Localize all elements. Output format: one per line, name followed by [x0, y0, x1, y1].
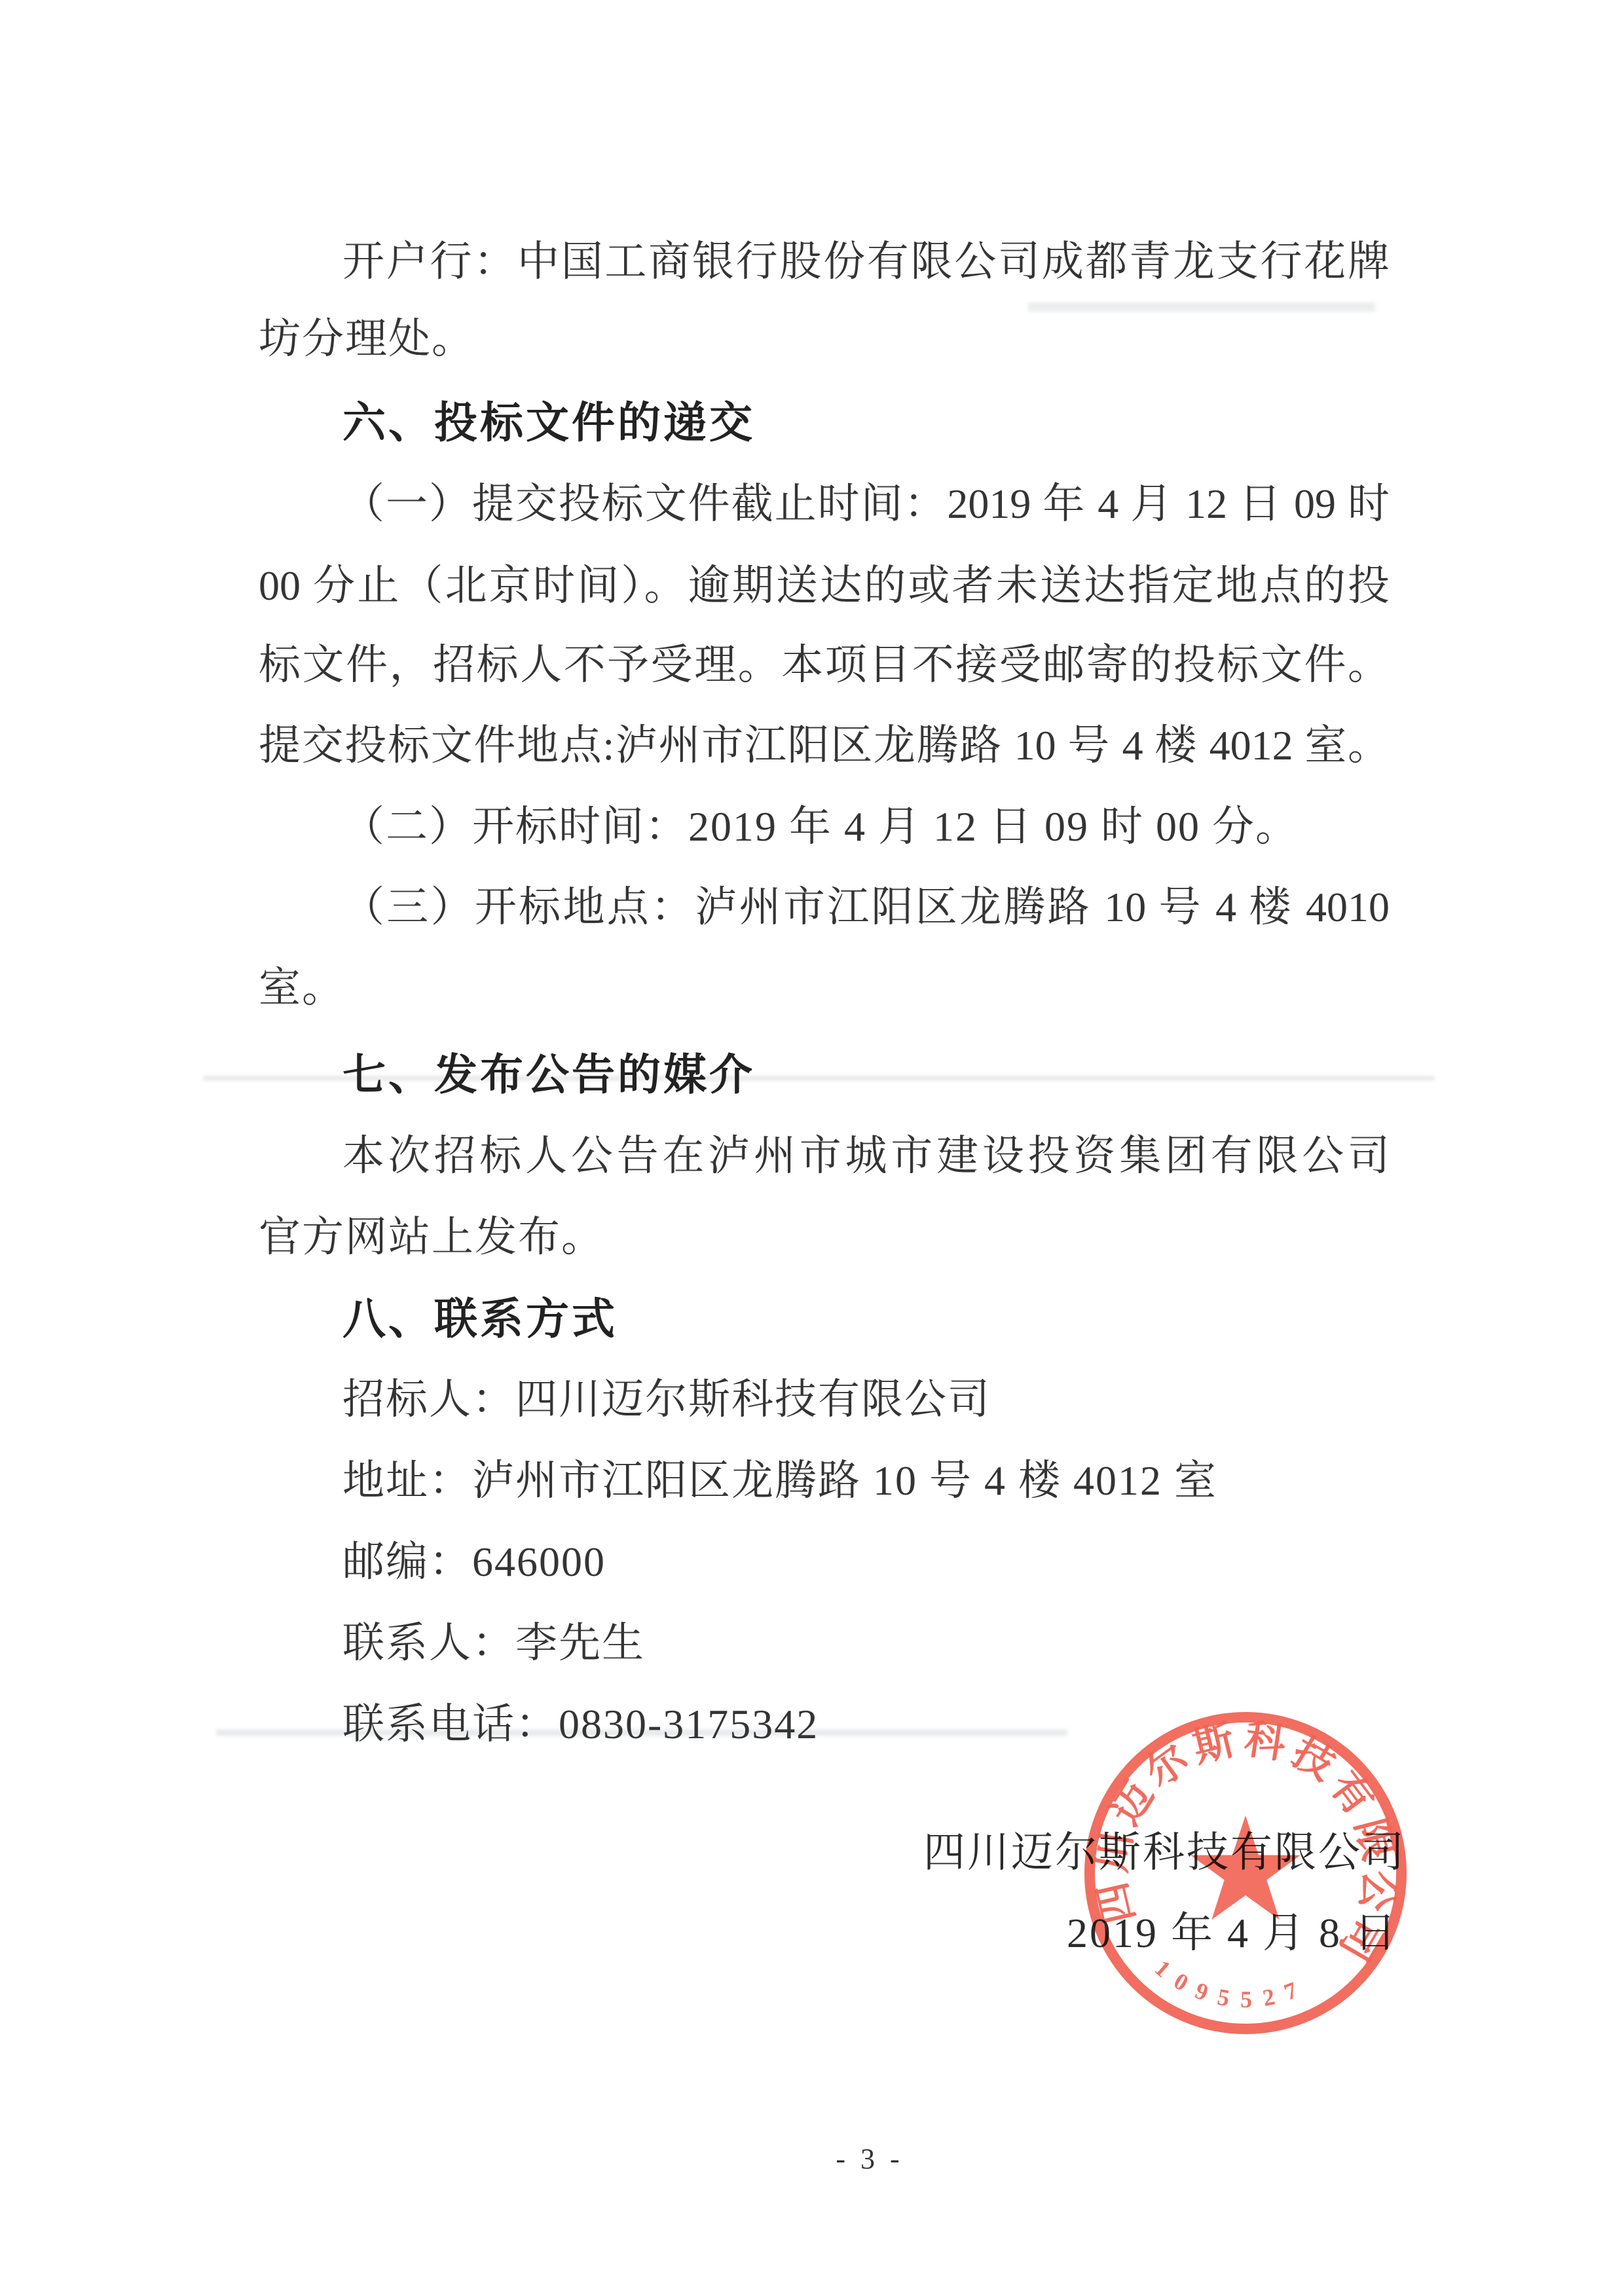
opening-time-line: （二）开标时间：2019 年 4 月 12 日 09 时 00 分。: [342, 794, 1390, 860]
submission-address-line: 提交投标文件地点:泸州市江阳区龙腾路 10 号 4 楼 4012 室。: [259, 713, 1390, 778]
bank-branch-line-2: 坊分理处。: [259, 306, 1390, 372]
company-seal: 四川迈尔斯科技有限公司 5101095527841: [1082, 1709, 1409, 2037]
bid-deadline-line-1: （一）提交投标文件截止时间：2019 年 4 月 12 日 09 时: [342, 471, 1390, 537]
section-eight-heading: 八、联系方式: [342, 1286, 1390, 1351]
page-number: - 3 -: [836, 2142, 903, 2176]
postcode-line: 邮编：646000: [342, 1529, 1390, 1595]
bank-branch-line-1: 开户行：中国工商银行股份有限公司成都青龙支行花牌: [342, 229, 1390, 295]
bid-deadline-line-2: 00 分止（北京时间）。逾期送达的或者未送达指定地点的投: [259, 553, 1390, 619]
announcement-media-line-2: 官方网站上发布。: [259, 1205, 1390, 1270]
contact-person-line: 联系人：李先生: [342, 1611, 1390, 1676]
address-line: 地址：泸州市江阳区龙腾路 10 号 4 楼 4012 室: [342, 1448, 1390, 1514]
opening-place-line-1: （三）开标地点：泸州市江阳区龙腾路 10 号 4 楼 4010: [342, 875, 1390, 940]
section-seven-heading: 七、发布公告的媒介: [342, 1042, 1390, 1107]
opening-place-line-2: 室。: [259, 955, 1390, 1021]
section-six-heading: 六、投标文件的递交: [342, 390, 1390, 455]
bid-deadline-line-3: 标文件，招标人不予受理。本项目不接受邮寄的投标文件。: [259, 632, 1390, 698]
seal-star: [1190, 1815, 1300, 1920]
announcement-media-line-1: 本次招标人公告在泸州市城市建设投资集团有限公司: [342, 1123, 1390, 1189]
document-page: 开户行：中国工商银行股份有限公司成都青龙支行花牌 坊分理处。 六、投标文件的递交…: [0, 0, 1624, 2296]
tenderer-line: 招标人：四川迈尔斯科技有限公司: [342, 1367, 1390, 1432]
